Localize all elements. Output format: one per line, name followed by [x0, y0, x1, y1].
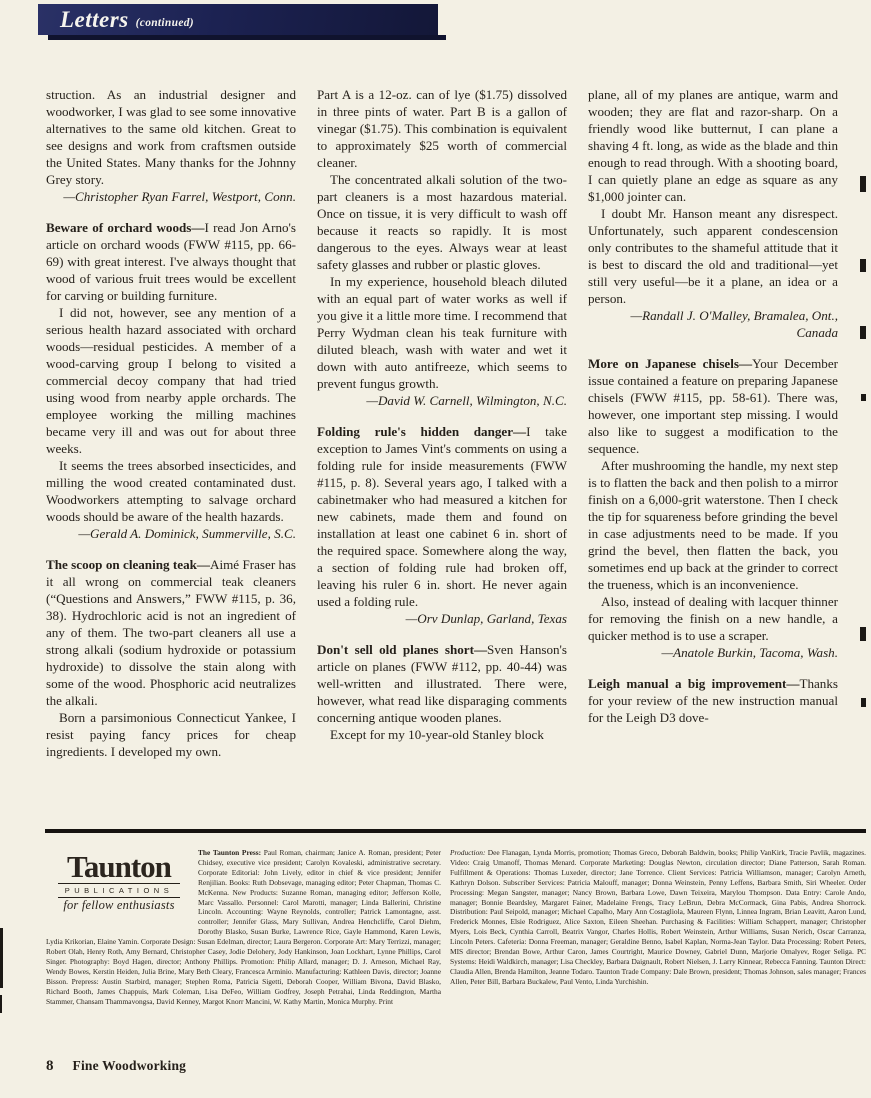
masthead-lead: The Taunton Press: [198, 848, 261, 857]
letter-paragraph: It seems the trees absorbed insecticides… [46, 457, 296, 525]
taunton-logo: Taunton PUBLICATIONS for fellow enthusia… [46, 850, 188, 930]
letter-continuation: Part A is a 12-oz. can of lye ($1.75) di… [317, 86, 567, 171]
letter-paragraph: In my experience, household bleach dilut… [317, 273, 567, 392]
scan-artifact [861, 698, 866, 707]
page-footer: 8 Fine Woodworking [46, 1058, 186, 1075]
letter-heading: Leigh manual a big improvement— [588, 676, 799, 691]
letter-signature: —David W. Carnell, Wilmington, N.C. [317, 392, 567, 409]
letter-signature: —Christopher Ryan Farrel, Westport, Conn… [46, 188, 296, 205]
section-title: Letters [60, 8, 129, 31]
column-2: Part A is a 12-oz. can of lye ($1.75) di… [317, 86, 567, 760]
letter-text: I take exception to James Vint's comment… [317, 424, 567, 609]
scan-artifact [860, 259, 866, 272]
letter-text: Your December issue contained a feature … [588, 356, 838, 456]
letter-signature: —Gerald A. Dominick, Summerville, S.C. [46, 525, 296, 542]
letter-paragraph: The concentrated alkali solution of the … [317, 171, 567, 273]
logo-publications-label: PUBLICATIONS [58, 883, 180, 898]
column-1: struction. As an industrial designer and… [46, 86, 296, 760]
scan-artifact [0, 995, 2, 1013]
masthead: Taunton PUBLICATIONS for fellow enthusia… [46, 848, 866, 1007]
scan-artifact [860, 326, 866, 339]
masthead-lead: Production: [450, 848, 485, 857]
letter-paragraph: I doubt Mr. Hanson meant any disrespect.… [588, 205, 838, 307]
section-subtitle: (continued) [136, 11, 194, 29]
page-number: 8 [46, 1058, 54, 1075]
letter-paragraph: After mushrooming the handle, my next st… [588, 457, 838, 593]
section-header-banner: Letters (continued) [38, 4, 438, 35]
letter-paragraph: Leigh manual a big improvement—Thanks fo… [588, 675, 838, 726]
letter-paragraph: More on Japanese chisels—Your December i… [588, 355, 838, 457]
letter-paragraph: Born a parsimonious Connecticut Yankee, … [46, 709, 296, 760]
letter-paragraph: The scoop on cleaning teak—Aimé Fraser h… [46, 556, 296, 709]
letters-body: struction. As an industrial designer and… [46, 86, 838, 760]
letter-heading: The scoop on cleaning teak— [46, 557, 210, 572]
letter-signature: —Randall J. O'Malley, Bramalea, Ont., Ca… [588, 307, 838, 341]
masthead-left-column: Taunton PUBLICATIONS for fellow enthusia… [46, 848, 441, 1007]
logo-tagline: for fellow enthusiasts [58, 901, 180, 911]
letter-paragraph: Don't sell old planes short—Sven Hanson'… [317, 641, 567, 726]
letter-heading: Don't sell old planes short— [317, 642, 487, 657]
masthead-right-column: Production: Dee Flanagan, Lynda Morris, … [450, 848, 866, 1007]
logo-wordmark: Taunton [58, 852, 180, 882]
letter-signature: —Anatole Burkin, Tacoma, Wash. [588, 644, 838, 661]
scan-artifact [860, 176, 866, 192]
column-3: plane, all of my planes are antique, war… [588, 86, 838, 760]
letter-signature: —Orv Dunlap, Garland, Texas [317, 610, 567, 627]
letter-paragraph: I did not, however, see any mention of a… [46, 304, 296, 457]
letter-heading: Folding rule's hidden danger— [317, 424, 526, 439]
letter-continuation: plane, all of my planes are antique, war… [588, 86, 838, 205]
masthead-staff-text: Production: Dee Flanagan, Lynda Morris, … [450, 848, 866, 987]
letter-paragraph: Also, instead of dealing with lacquer th… [588, 593, 838, 644]
masthead-divider-rule [45, 829, 866, 833]
scan-artifact [861, 394, 866, 401]
letter-heading: Beware of orchard woods— [46, 220, 205, 235]
letter-heading: More on Japanese chisels— [588, 356, 752, 371]
masthead-text: Dee Flanagan, Lynda Morris, promotion; T… [450, 848, 866, 986]
magazine-name: Fine Woodworking [73, 1058, 187, 1074]
letter-paragraph: Except for my 10-year-old Stanley block [317, 726, 567, 743]
scan-artifact [860, 627, 866, 641]
scan-artifact [0, 928, 3, 988]
letter-continuation: struction. As an industrial designer and… [46, 86, 296, 188]
letter-paragraph: Folding rule's hidden danger—I take exce… [317, 423, 567, 610]
letter-text: Aimé Fraser has it all wrong on commerci… [46, 557, 296, 708]
letter-paragraph: Beware of orchard woods—I read Jon Arno'… [46, 219, 296, 304]
